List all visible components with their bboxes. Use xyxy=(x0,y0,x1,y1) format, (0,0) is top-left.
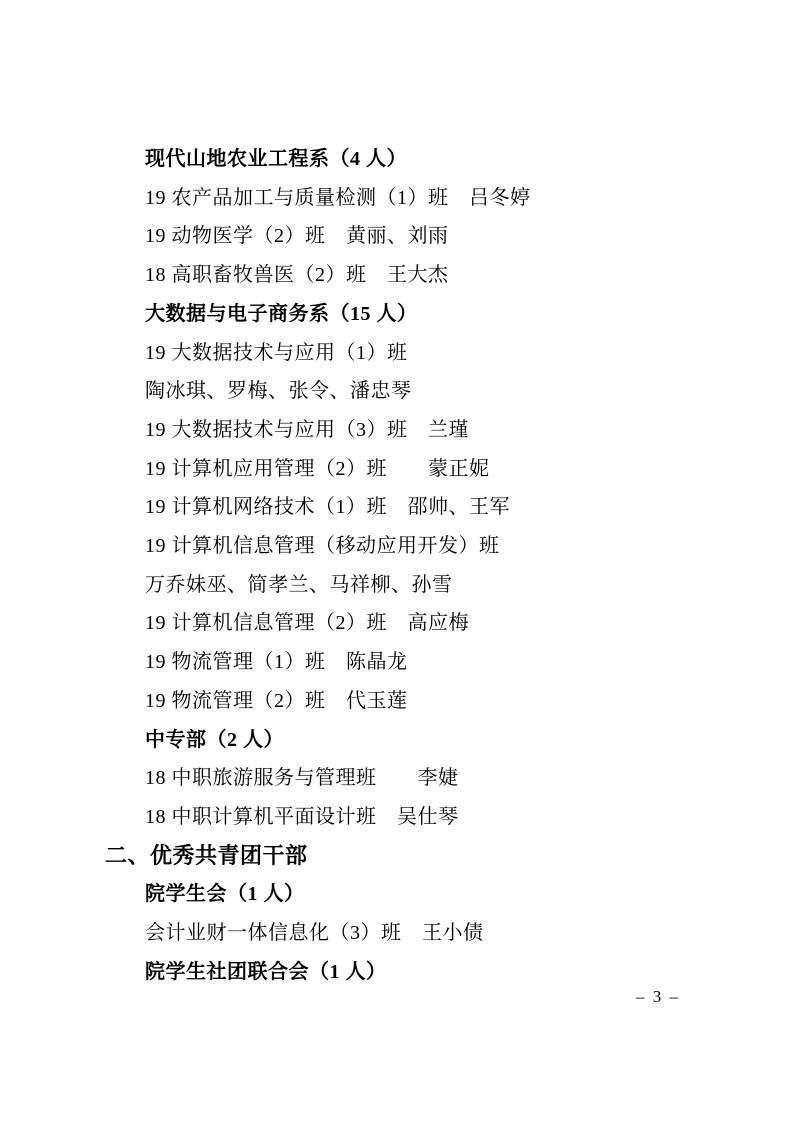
document-line: 19 计算机网络技术（1）班 邵帅、王军 xyxy=(145,488,725,527)
document-line: 19 计算机应用管理（2）班 蒙正妮 xyxy=(145,450,725,489)
document-line: 19 大数据技术与应用（3）班 兰瑾 xyxy=(145,411,725,450)
document-line: 18 高职畜牧兽医（2）班 王大杰 xyxy=(145,256,725,295)
department-heading: 大数据与电子商务系（15 人） xyxy=(145,295,725,334)
department-heading: 院学生会（1 人） xyxy=(145,875,725,914)
document-page: 现代山地农业工程系（4 人）19 农产品加工与质量检测（1）班 吕冬婷19 动物… xyxy=(0,0,793,1122)
document-line: 万乔妹巫、简孝兰、马祥柳、孙雪 xyxy=(145,566,725,605)
document-line: 19 物流管理（2）班 代玉莲 xyxy=(145,682,725,721)
document-line: 陶冰琪、罗梅、张令、潘忠琴 xyxy=(145,372,725,411)
document-line: 18 中职计算机平面设计班 吴仕琴 xyxy=(145,798,725,837)
document-line: 18 中职旅游服务与管理班 李婕 xyxy=(145,759,725,798)
document-line: 19 动物医学（2）班 黄丽、刘雨 xyxy=(145,217,725,256)
document-line: 19 计算机信息管理（移动应用开发）班 xyxy=(145,527,725,566)
document-line: 19 计算机信息管理（2）班 高应梅 xyxy=(145,604,725,643)
section-heading: 二、优秀共青团干部 xyxy=(105,837,725,876)
document-body: 现代山地农业工程系（4 人）19 农产品加工与质量检测（1）班 吕冬婷19 动物… xyxy=(105,140,725,991)
document-line: 19 大数据技术与应用（1）班 xyxy=(145,334,725,373)
department-heading: 中专部（2 人） xyxy=(145,721,725,760)
document-line: 会计业财一体信息化（3）班 王小债 xyxy=(145,914,725,953)
page-number: – 3 – xyxy=(636,986,680,1008)
document-line: 19 物流管理（1）班 陈晶龙 xyxy=(145,643,725,682)
department-heading: 现代山地农业工程系（4 人） xyxy=(145,140,725,179)
document-line: 19 农产品加工与质量检测（1）班 吕冬婷 xyxy=(145,179,725,218)
